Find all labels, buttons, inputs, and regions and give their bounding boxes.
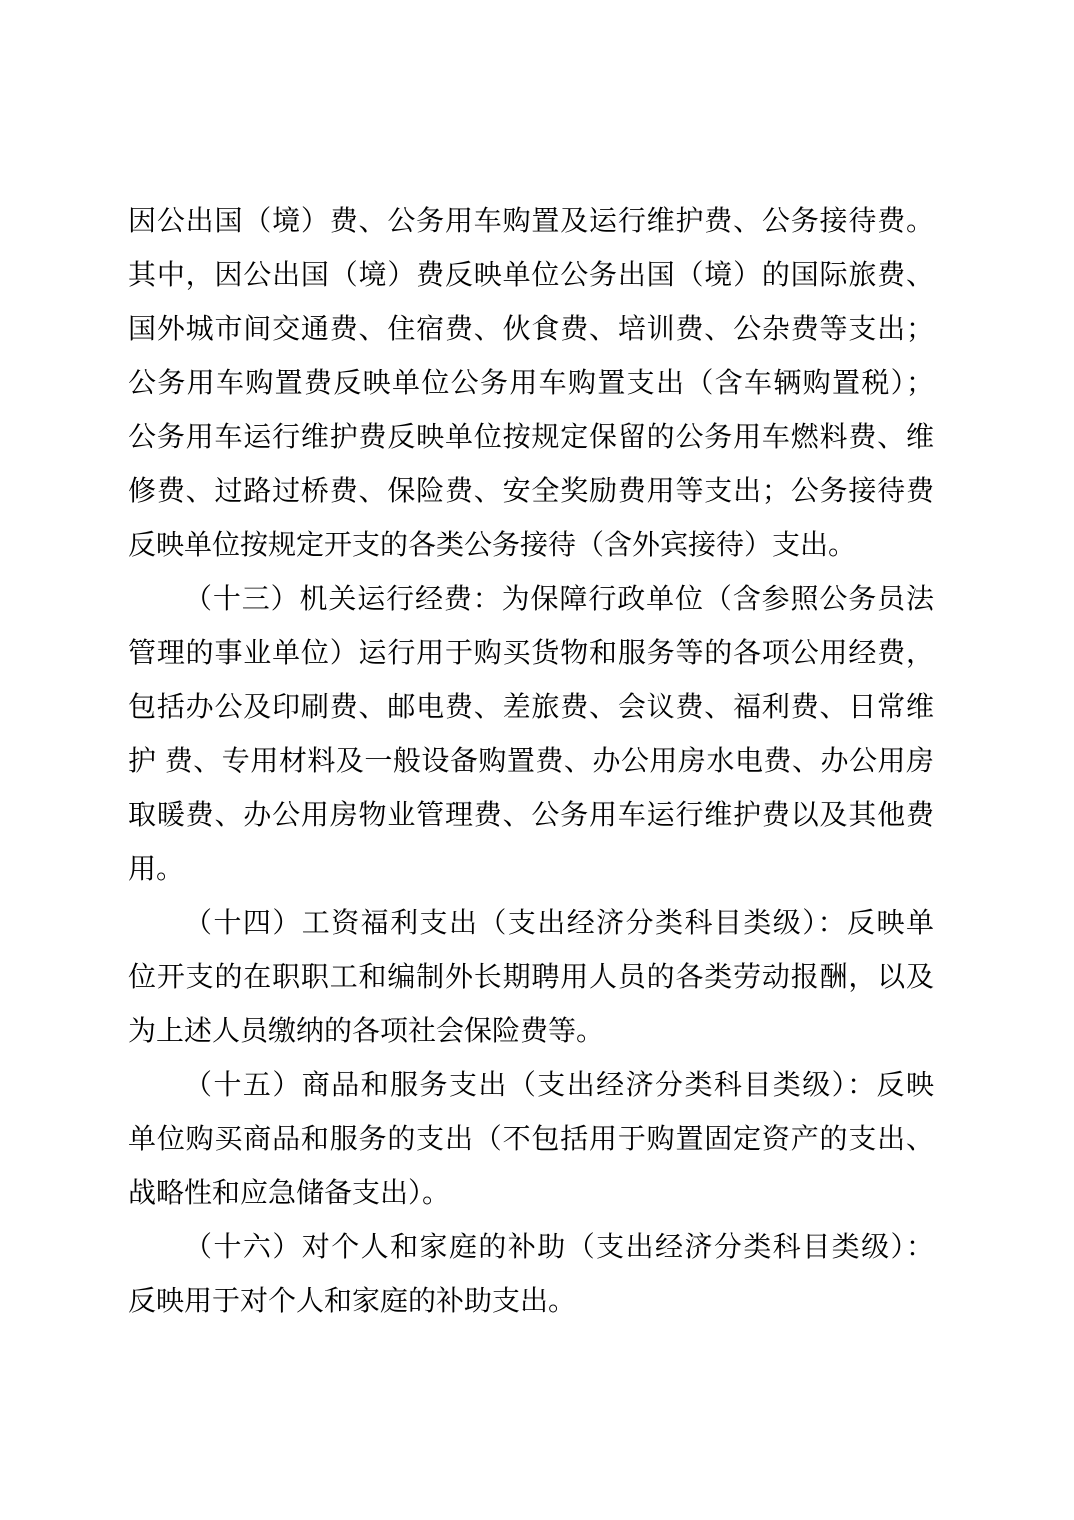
text-line: 国外城市间交通费、住宿费、伙食费、培训费、公杂费等支出； — [128, 302, 934, 356]
text-line paragraph-start: （十六）对个人和家庭的补助（支出经济分类科目类级）： — [128, 1220, 934, 1274]
text-line: 单位购买商品和服务的支出（不包括用于购置固定资产的支出、 — [128, 1112, 934, 1166]
text-line paragraph-start: （十五）商品和服务支出（支出经济分类科目类级）：反映 — [128, 1058, 934, 1112]
body-text: 因公出国（境）费、公务用车购置及运行维护费、公务接待费。 其中，因公出国（境）费… — [128, 194, 934, 1328]
text-line paragraph-end: 反映用于对个人和家庭的补助支出。 — [128, 1274, 934, 1328]
text-line: 因公出国（境）费、公务用车购置及运行维护费、公务接待费。 — [128, 194, 934, 248]
text-line: 公务用车购置费反映单位公务用车购置支出（含车辆购置税）； — [128, 356, 934, 410]
text-line paragraph-end: 为上述人员缴纳的各项社会保险费等。 — [128, 1004, 934, 1058]
text-line paragraph-start: （十四）工资福利支出（支出经济分类科目类级）：反映单 — [128, 896, 934, 950]
document-page: 因公出国（境）费、公务用车购置及运行维护费、公务接待费。 其中，因公出国（境）费… — [0, 0, 1074, 1520]
text-line: 护 费、专用材料及一般设备购置费、办公用房水电费、办公用房 — [128, 734, 934, 788]
text-line: 公务用车运行维护费反映单位按规定保留的公务用车燃料费、维 — [128, 410, 934, 464]
text-line paragraph-end: 反映单位按规定开支的各类公务接待（含外宾接待）支出。 — [128, 518, 934, 572]
text-line paragraph-start: （十三）机关运行经费：为保障行政单位（含参照公务员法 — [128, 572, 934, 626]
text-line: 管理的事业单位）运行用于购买货物和服务等的各项公用经费， — [128, 626, 934, 680]
text-line: 取暖费、办公用房物业管理费、公务用车运行维护费以及其他费 — [128, 788, 934, 842]
text-line: 其中，因公出国（境）费反映单位公务出国（境）的国际旅费、 — [128, 248, 934, 302]
text-line paragraph-end: 战略性和应急储备支出）。 — [128, 1166, 934, 1220]
text-line: 包括办公及印刷费、邮电费、差旅费、会议费、福利费、日常维 — [128, 680, 934, 734]
text-line: 修费、过路过桥费、保险费、安全奖励费用等支出；公务接待费 — [128, 464, 934, 518]
text-line paragraph-end: 用。 — [128, 842, 934, 896]
text-line: 位开支的在职职工和编制外长期聘用人员的各类劳动报酬，以及 — [128, 950, 934, 1004]
